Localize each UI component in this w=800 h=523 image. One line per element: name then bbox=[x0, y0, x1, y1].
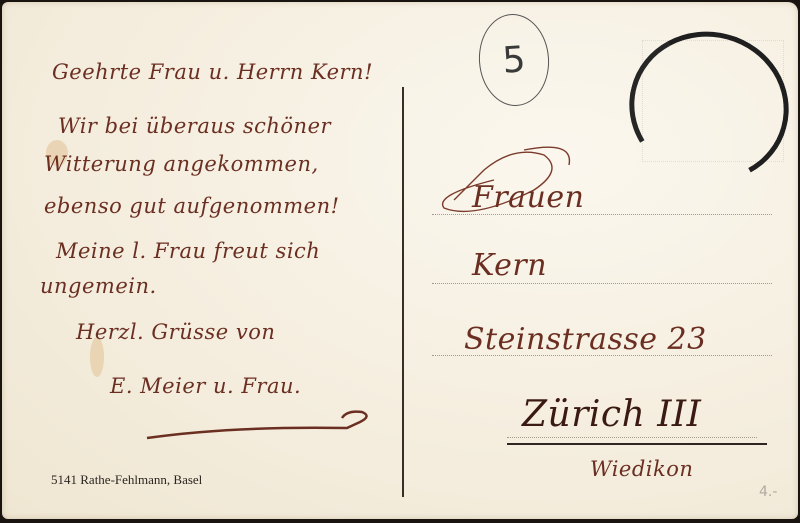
address-salutation: Frauen bbox=[472, 180, 584, 215]
address-line-2 bbox=[432, 283, 772, 284]
address-name: Kern bbox=[472, 248, 547, 283]
signature-flourish bbox=[142, 404, 372, 444]
address-street: Steinstrasse 23 bbox=[464, 322, 707, 357]
message-line: Wir bei überaus schöner bbox=[58, 114, 331, 138]
message-line: Witterung angekommen, bbox=[44, 152, 319, 176]
message-line: ungemein. bbox=[40, 274, 157, 298]
message-line: Meine l. Frau freut sich bbox=[56, 239, 320, 263]
pencil-price-mark: 4.- bbox=[759, 484, 777, 500]
center-divider bbox=[402, 87, 404, 497]
address-line-4 bbox=[507, 437, 757, 438]
circled-number: 5 bbox=[476, 12, 552, 109]
message-line: Geehrte Frau u. Herrn Kern! bbox=[52, 60, 373, 84]
circled-number-text: 5 bbox=[501, 39, 527, 81]
signature: E. Meier u. Frau. bbox=[110, 374, 301, 398]
address-city: Zürich III bbox=[522, 394, 701, 435]
publisher-imprint: 5141 Rathe-Fehlmann, Basel bbox=[51, 472, 202, 488]
postcard: Geehrte Frau u. Herrn Kern! Wir bei über… bbox=[2, 2, 798, 519]
message-line: Herzl. Grüsse von bbox=[76, 320, 275, 344]
address-district: Wiedikon bbox=[590, 457, 693, 481]
message-line: ebenso gut aufgenommen! bbox=[44, 194, 340, 218]
city-underline bbox=[507, 443, 767, 445]
